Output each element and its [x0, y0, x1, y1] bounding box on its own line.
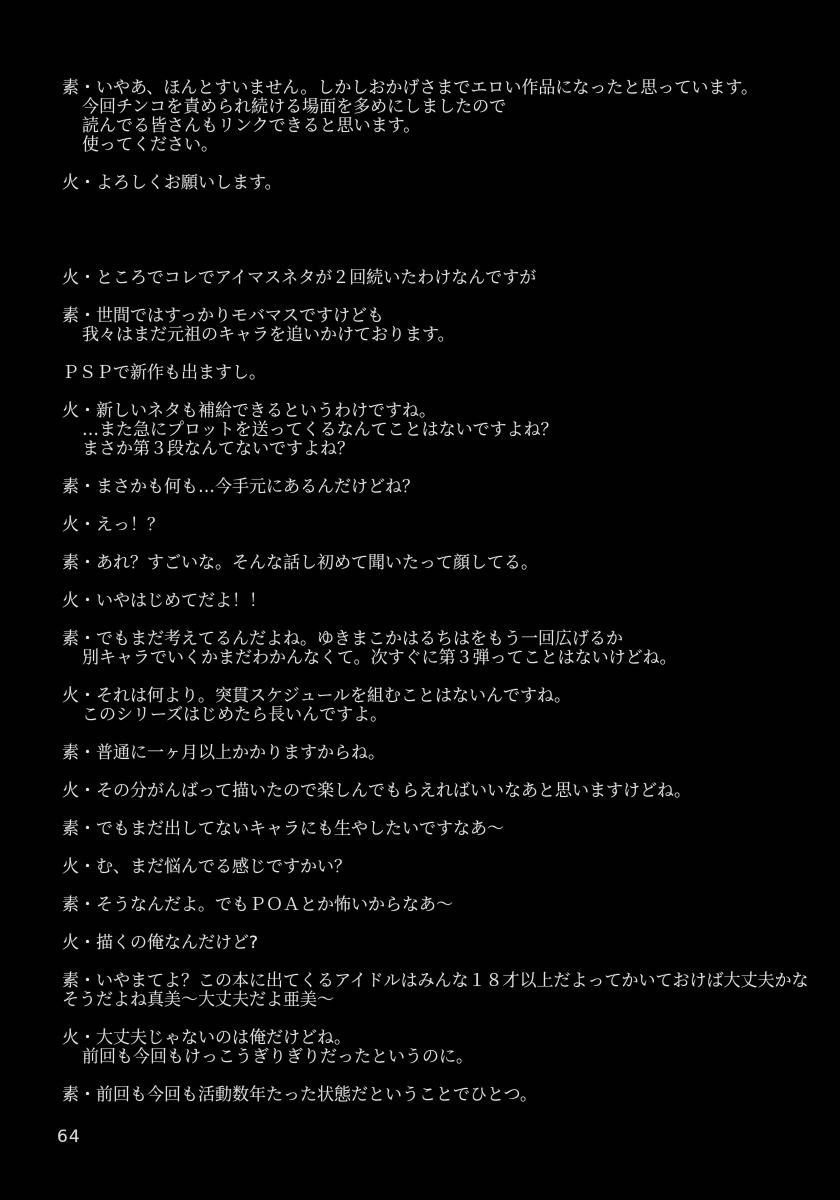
dialogue-line: まさか第３段なんてないですよね？	[62, 440, 830, 459]
dialogue-paragraph: 素・でもまだ考えてるんだよね。ゆきまこかはるちはをもう一回広げるか別キャラでいく…	[62, 630, 830, 668]
dialogue-paragraph: 火・描くの俺なんだけど?	[62, 934, 830, 953]
dialogue-line: このシリーズはじめたら長いんですよ。	[62, 706, 830, 725]
dialogue-paragraph: 素・でもまだ出してないキャラにも生やしたいですなあ～	[62, 820, 830, 839]
dialogue-line: 火・それは何より。突貫スケジュールを組むことはないんですね。	[62, 687, 830, 706]
dialogue-paragraph: 素・いやまてよ？この本に出てくるアイドルはみんな１８才以上だよってかいておけば大…	[62, 972, 830, 1010]
dialogue-line: …また急にプロットを送ってくるなんてことはないですよね？	[62, 421, 830, 440]
dialogue-line: 火・よろしくお願いします。	[62, 174, 830, 193]
dialogue-paragraph: 火・新しいネタも補給できるというわけですね。…また急にプロットを送ってくるなんて…	[62, 402, 830, 459]
dialogue-line: 素・まさかも何も…今手元にあるんだけどね？	[62, 478, 830, 497]
dialogue-paragraph: 素・普通に一ヶ月以上かかりますからね。	[62, 744, 830, 763]
dialogue-paragraph: 火・ところでコレでアイマスネタが２回続いたわけなんですが	[62, 269, 830, 288]
dialogue-line: 素・でもまだ考えてるんだよね。ゆきまこかはるちはをもう一回広げるか	[62, 630, 830, 649]
dialogue-line: 火・描くの俺なんだけど?	[62, 934, 830, 953]
dialogue-line: 火・えっ！？	[62, 516, 830, 535]
dialogue-paragraph: 素・前回も今回も活動数年たった状態だということでひとつ。	[62, 1086, 830, 1105]
afterword-page: 素・いやあ、ほんとすいません。しかしおかげさまでエロい作品になったと思っています…	[0, 0, 840, 1200]
dialogue-line: 素・いやまてよ？この本に出てくるアイドルはみんな１８才以上だよってかいておけば大…	[62, 972, 830, 991]
dialogue-line: 別キャラでいくかまだわかんなくて。次すぐに第３弾ってことはないけどね。	[62, 649, 830, 668]
dialogue-line: 素・前回も今回も活動数年たった状態だということでひとつ。	[62, 1086, 830, 1105]
dialogue-paragraph: 素・世間ではすっかりモバマスですけども我々はまだ元祖のキャラを追いかけております…	[62, 307, 830, 345]
dialogue-line: 火・む、まだ悩んでる感じですかい？	[62, 858, 830, 877]
dialogue-paragraph: 素・まさかも何も…今手元にあるんだけどね？	[62, 478, 830, 497]
dialogue-line: 使ってください。	[62, 136, 830, 155]
dialogue-line: 火・ところでコレでアイマスネタが２回続いたわけなんですが	[62, 269, 830, 288]
dialogue-line: 読んでる皆さんもリンクできると思います。	[62, 117, 830, 136]
dialogue-line: 素・普通に一ヶ月以上かかりますからね。	[62, 744, 830, 763]
dialogue-line: そうだよね真美～大丈夫だよ亜美～	[62, 991, 830, 1010]
dialogue: 素・いやあ、ほんとすいません。しかしおかげさまでエロい作品になったと思っています…	[62, 79, 830, 1105]
dialogue-line: ＰＳＰで新作も出ますし。	[62, 364, 830, 383]
dialogue-line: 我々はまだ元祖のキャラを追いかけております。	[62, 326, 830, 345]
dialogue-line: 前回も今回もけっこうぎりぎりだったというのに。	[62, 1048, 830, 1067]
dialogue-line: 火・その分がんばって描いたので楽しんでもらえればいいなあと思いますけどね。	[62, 782, 830, 801]
dialogue-line: 素・そうなんだよ。でもＰＯＡとか怖いからなあ～	[62, 896, 830, 915]
dialogue-line: 火・大丈夫じゃないのは俺だけどね。	[62, 1029, 830, 1048]
dialogue-paragraph: 火・それは何より。突貫スケジュールを組むことはないんですね。このシリーズはじめた…	[62, 687, 830, 725]
dialogue-paragraph: 素・そうなんだよ。でもＰＯＡとか怖いからなあ～	[62, 896, 830, 915]
dialogue-paragraph: 火・よろしくお願いします。	[62, 174, 830, 193]
dialogue-line: 火・新しいネタも補給できるというわけですね。	[62, 402, 830, 421]
dialogue-paragraph: 火・いやはじめてだよ！！	[62, 592, 830, 611]
dialogue-paragraph: 火・大丈夫じゃないのは俺だけどね。前回も今回もけっこうぎりぎりだったというのに。	[62, 1029, 830, 1067]
page-number: 64	[57, 1128, 81, 1147]
dialogue-paragraph: ＰＳＰで新作も出ますし。	[62, 364, 830, 383]
dialogue-line: 今回チンコを責められ続ける場面を多めにしましたので	[62, 98, 830, 117]
dialogue-paragraph: 素・いやあ、ほんとすいません。しかしおかげさまでエロい作品になったと思っています…	[62, 79, 830, 155]
dialogue-paragraph: 素・あれ？すごいな。そんな話し初めて聞いたって顔してる。	[62, 554, 830, 573]
dialogue-line: 素・いやあ、ほんとすいません。しかしおかげさまでエロい作品になったと思っています…	[62, 79, 830, 98]
dialogue-line: 素・あれ？すごいな。そんな話し初めて聞いたって顔してる。	[62, 554, 830, 573]
dialogue-line: 火・いやはじめてだよ！！	[62, 592, 830, 611]
dialogue-paragraph: 火・む、まだ悩んでる感じですかい？	[62, 858, 830, 877]
dialogue-line: 素・世間ではすっかりモバマスですけども	[62, 307, 830, 326]
dialogue-paragraph: 火・えっ！？	[62, 516, 830, 535]
dialogue-line: 素・でもまだ出してないキャラにも生やしたいですなあ～	[62, 820, 830, 839]
dialogue-paragraph: 火・その分がんばって描いたので楽しんでもらえればいいなあと思いますけどね。	[62, 782, 830, 801]
